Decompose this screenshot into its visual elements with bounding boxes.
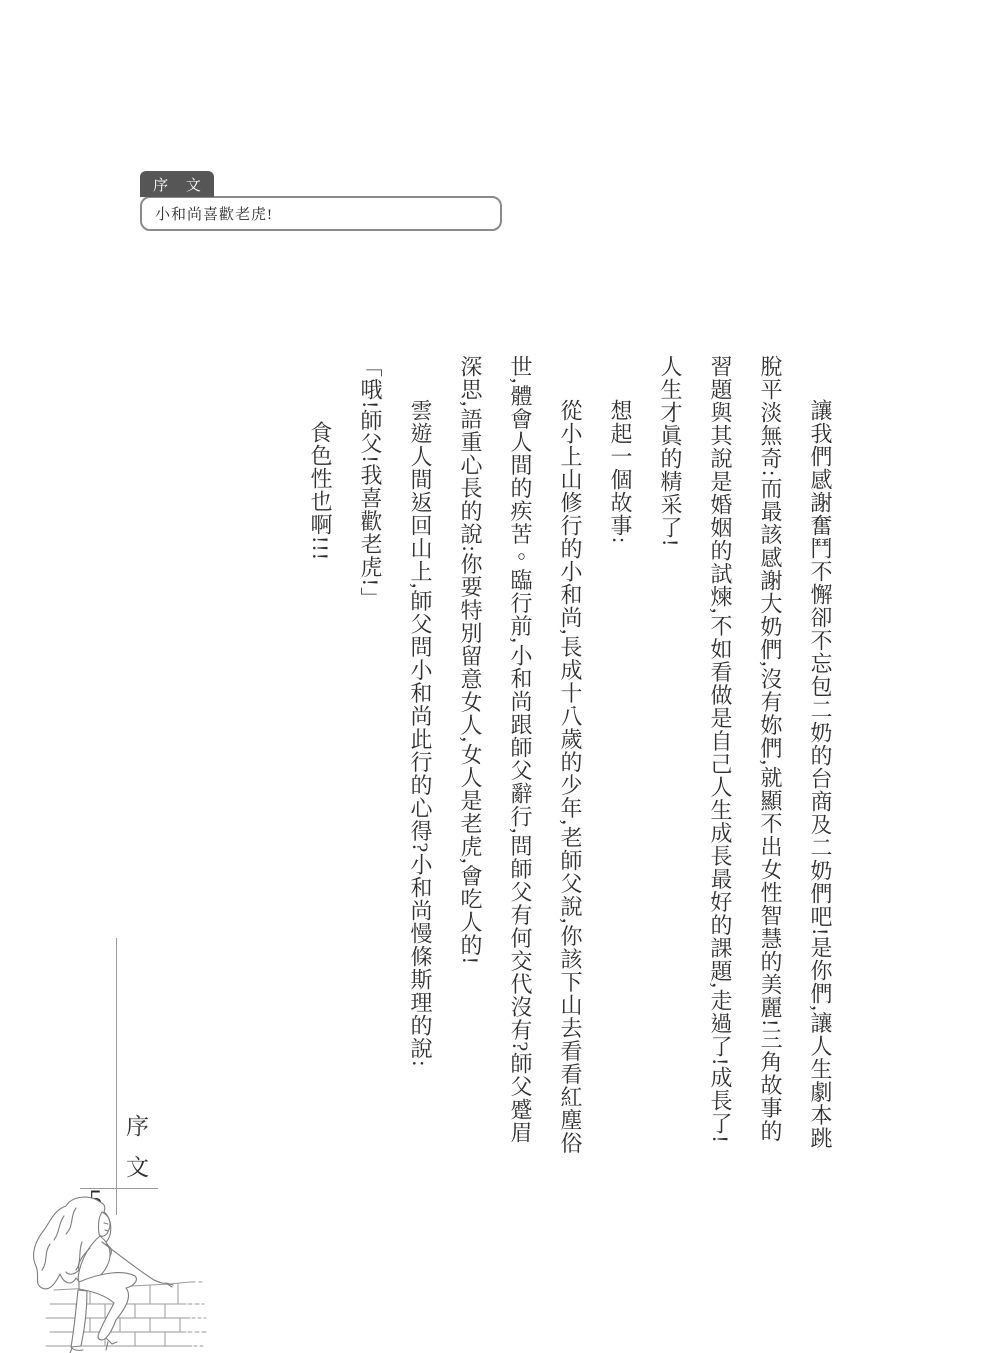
woman-on-brick-wall-illustration	[20, 1192, 210, 1353]
body-paragraph: 雲遊人間返回山上,師父問小和尚此行的心得?小和尚慢條斯理的說:	[395, 355, 445, 1163]
footer-vertical-rule	[116, 938, 117, 1215]
chapter-title-box: 小和尚喜歡老虎!	[140, 196, 502, 231]
body-text: 讓我們感謝奮鬥不懈卻不忘包二奶的台商及二奶們吧!是你們,讓人生劇本跳脫平淡無奇:…	[265, 355, 845, 1163]
section-tab: 序 文	[140, 171, 214, 197]
body-paragraph: 食色性也啊!!!	[295, 355, 345, 1163]
section-tab-label: 序 文	[146, 174, 208, 195]
footer-section-label: 序文	[119, 1114, 152, 1196]
body-paragraph: 讓我們感謝奮鬥不懈卻不忘包二奶的台商及二奶們吧!是你們,讓人生劇本跳脫平淡無奇:…	[645, 355, 845, 1163]
woman-figure-icon	[34, 1197, 173, 1353]
body-paragraph: 從小上山修行的小和尚,長成十八歲的少年,老師父說,你該下山去看看紅塵俗世,體會人…	[445, 355, 595, 1163]
body-paragraph: 「哦!師父!我喜歡老虎!」	[345, 355, 395, 1163]
body-paragraph: 想起一個故事:	[595, 355, 645, 1163]
book-page: 序 文 小和尚喜歡老虎! 讓我們感謝奮鬥不懈卻不忘包二奶的台商及二奶們吧!是你們…	[0, 0, 1000, 1353]
chapter-title: 小和尚喜歡老虎!	[155, 203, 273, 224]
